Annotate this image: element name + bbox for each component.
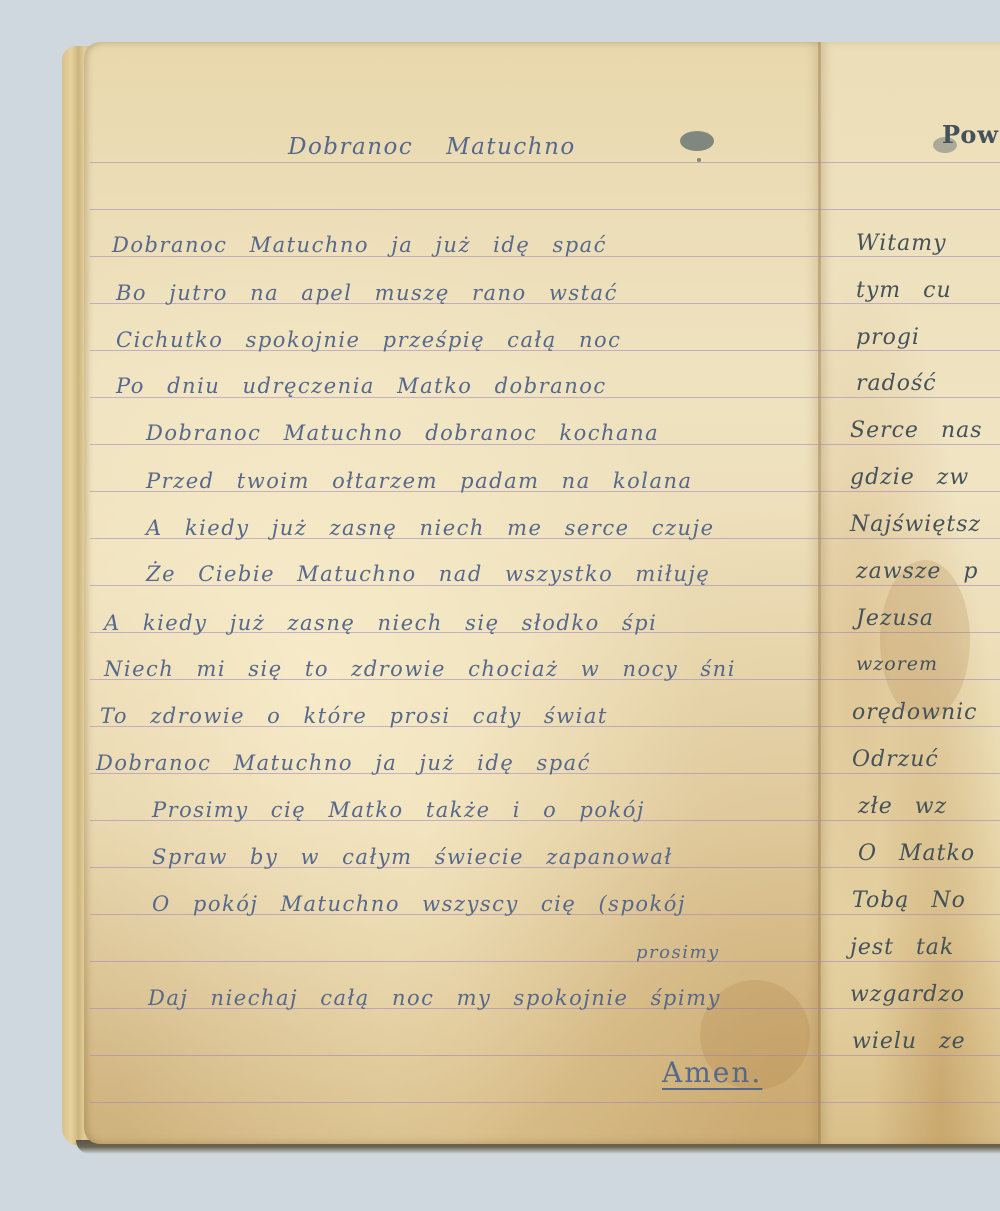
right-line: Najświętsz [850,512,981,537]
poem-line: O pokój Matuchno wszyscy cię (spokój [152,892,686,916]
poem-line: Dobranoc Matuchno ja już idę spać [96,751,591,775]
poem-line: Dobranoc Matuchno dobranoc kochana [146,421,659,445]
poem-title: Dobranoc Matuchno [288,134,576,160]
poem-line: A kiedy już zasnę niech się słodko śpi [104,611,657,635]
poem-line: Daj niechaj całą noc my spokojnie śpimy [148,986,721,1010]
right-line: złe wz [858,794,947,819]
right-page-text: Pow Witamy tym cu progi radość Serce nas… [820,0,1000,1211]
poem-line: Cichutko spokojnie prześpię całą noc [116,328,621,352]
right-line: Serce nas [850,418,983,443]
poem-line-continuation: prosimy [636,942,720,963]
right-line: zawsze p [856,559,979,584]
poem-line: Spraw by w całym świecie zapanował [152,845,673,869]
right-line: wielu ze [852,1029,966,1054]
poem-line: A kiedy już zasnę niech me serce czuje [146,516,715,540]
poem-line: Niech mi się to zdrowie chociaż w nocy ś… [104,657,736,681]
ink-dot [697,158,701,162]
right-line: jest tak [850,935,954,960]
poem-line: Po dniu udręczenia Matko dobranoc [116,374,607,398]
right-line: orędownic [852,700,977,725]
right-line: Jezusa [856,606,934,631]
poem-line: Prosimy cię Matko także i o pokój [152,798,645,822]
right-line: progi [856,325,920,350]
right-line: Witamy [856,231,947,256]
left-page [84,42,820,1144]
right-line: Odrzuć [852,747,939,772]
poem-line: Że Ciebie Matuchno nad wszystko miłuję [146,562,710,586]
right-line: O Matko [858,841,975,866]
right-line: radość [856,371,937,396]
poem-line: Przed twoim ołtarzem padam na kolana [146,469,693,493]
ink-blot [680,131,714,151]
closing-amen: Amen. [662,1056,762,1089]
right-page-title-fragment: Pow [942,120,999,149]
poem-line: To zdrowie o które prosi cały świat [100,704,608,728]
right-line: Tobą No [852,888,966,913]
poem-line: Dobranoc Matuchno ja już idę spać [112,233,607,257]
right-line: gdzie zw [850,465,969,490]
right-line: wzgardzo [850,982,965,1007]
poem-line: Bo jutro na apel muszę rano wstać [116,281,618,305]
right-line: wzorem [856,653,938,675]
right-line: tym cu [856,278,952,303]
